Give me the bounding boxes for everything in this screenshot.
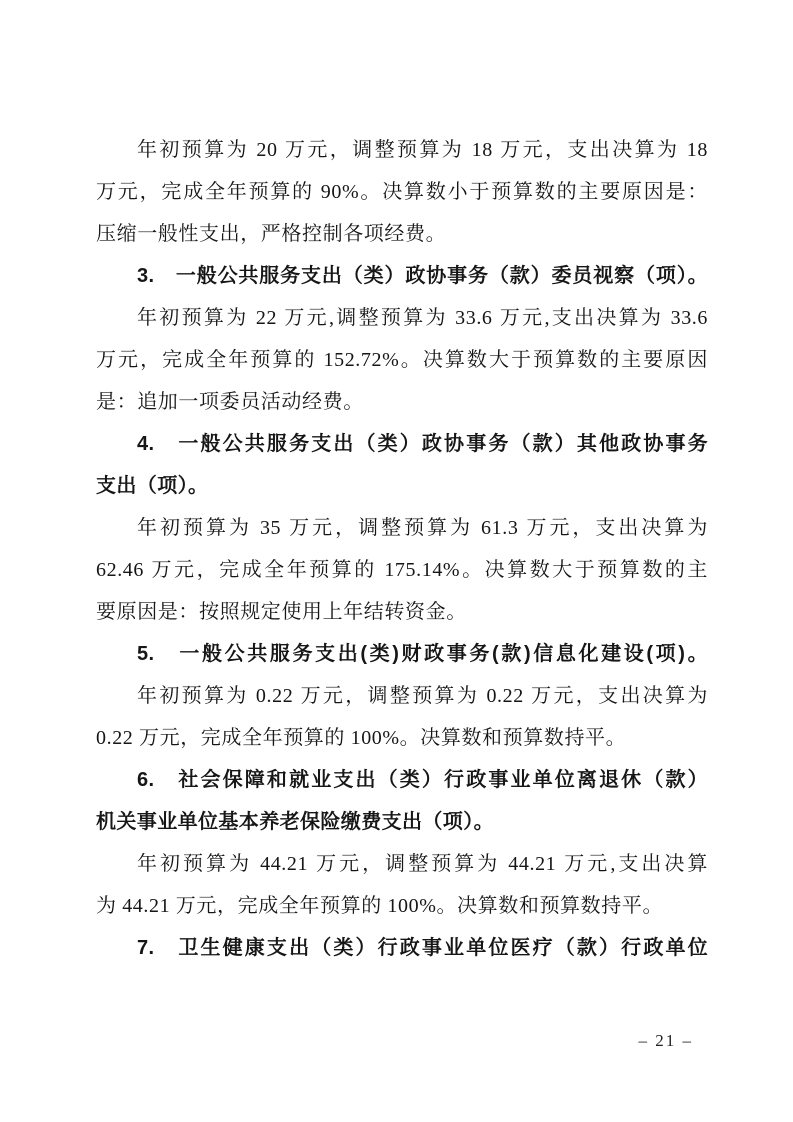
text-line: 压缩一般性支出，严格控制各项经费。 xyxy=(96,213,708,255)
text-line: 年初预算为 44.21 万元，调整预算为 44.21 万元,支出决算 xyxy=(96,843,708,885)
heading-line: 4. 一般公共服务支出（类）政协事务（款）其他政协事务 xyxy=(96,423,708,465)
document-page: 年初预算为 20 万元，调整预算为 18 万元，支出决算为 18万元，完成全年预… xyxy=(0,0,793,1122)
heading-line: 机关事业单位基本养老保险缴费支出（项）。 xyxy=(96,801,708,843)
text-line: 62.46 万元，完成全年预算的 175.14%。决算数大于预算数的主 xyxy=(96,549,708,591)
text-line: 年初预算为 20 万元，调整预算为 18 万元，支出决算为 18 xyxy=(96,129,708,171)
paragraph: 年初预算为 44.21 万元，调整预算为 44.21 万元,支出决算为 44.2… xyxy=(96,843,708,927)
section-heading: 6. 社会保障和就业支出（类）行政事业单位离退休（款）机关事业单位基本养老保险缴… xyxy=(96,759,708,843)
section-heading: 4. 一般公共服务支出（类）政协事务（款）其他政协事务支出（项）。 xyxy=(96,423,708,507)
text-line: 年初预算为 0.22 万元，调整预算为 0.22 万元，支出决算为 xyxy=(96,675,708,717)
document-content: 年初预算为 20 万元，调整预算为 18 万元，支出决算为 18万元，完成全年预… xyxy=(96,129,708,969)
heading-line: 7. 卫生健康支出（类）行政事业单位医疗（款）行政单位 xyxy=(96,927,708,969)
text-line: 年初预算为 22 万元,调整预算为 33.6 万元,支出决算为 33.6 xyxy=(96,297,708,339)
paragraph: 年初预算为 0.22 万元，调整预算为 0.22 万元，支出决算为0.22 万元… xyxy=(96,675,708,759)
heading-line: 3. 一般公共服务支出（类）政协事务（款）委员视察（项）。 xyxy=(96,255,708,297)
section-heading: 5. 一般公共服务支出(类)财政事务(款)信息化建设(项)。 xyxy=(96,633,708,675)
text-line: 为 44.21 万元，完成全年预算的 100%。决算数和预算数持平。 xyxy=(96,885,708,927)
text-line: 万元，完成全年预算的 152.72%。决算数大于预算数的主要原因 xyxy=(96,339,708,381)
page-number: – 21 – xyxy=(639,1029,694,1053)
text-line: 年初预算为 35 万元，调整预算为 61.3 万元，支出决算为 xyxy=(96,507,708,549)
text-line: 要原因是：按照规定使用上年结转资金。 xyxy=(96,591,708,633)
text-line: 是：追加一项委员活动经费。 xyxy=(96,381,708,423)
text-line: 0.22 万元，完成全年预算的 100%。决算数和预算数持平。 xyxy=(96,717,708,759)
paragraph: 年初预算为 35 万元，调整预算为 61.3 万元，支出决算为62.46 万元，… xyxy=(96,507,708,633)
heading-line: 6. 社会保障和就业支出（类）行政事业单位离退休（款） xyxy=(96,759,708,801)
heading-line: 5. 一般公共服务支出(类)财政事务(款)信息化建设(项)。 xyxy=(96,633,708,675)
heading-line: 支出（项）。 xyxy=(96,465,708,507)
paragraph: 年初预算为 22 万元,调整预算为 33.6 万元,支出决算为 33.6万元，完… xyxy=(96,297,708,423)
section-heading: 3. 一般公共服务支出（类）政协事务（款）委员视察（项）。 xyxy=(96,255,708,297)
text-line: 万元，完成全年预算的 90%。决算数小于预算数的主要原因是： xyxy=(96,171,708,213)
paragraph: 年初预算为 20 万元，调整预算为 18 万元，支出决算为 18万元，完成全年预… xyxy=(96,129,708,255)
section-heading: 7. 卫生健康支出（类）行政事业单位医疗（款）行政单位 xyxy=(96,927,708,969)
